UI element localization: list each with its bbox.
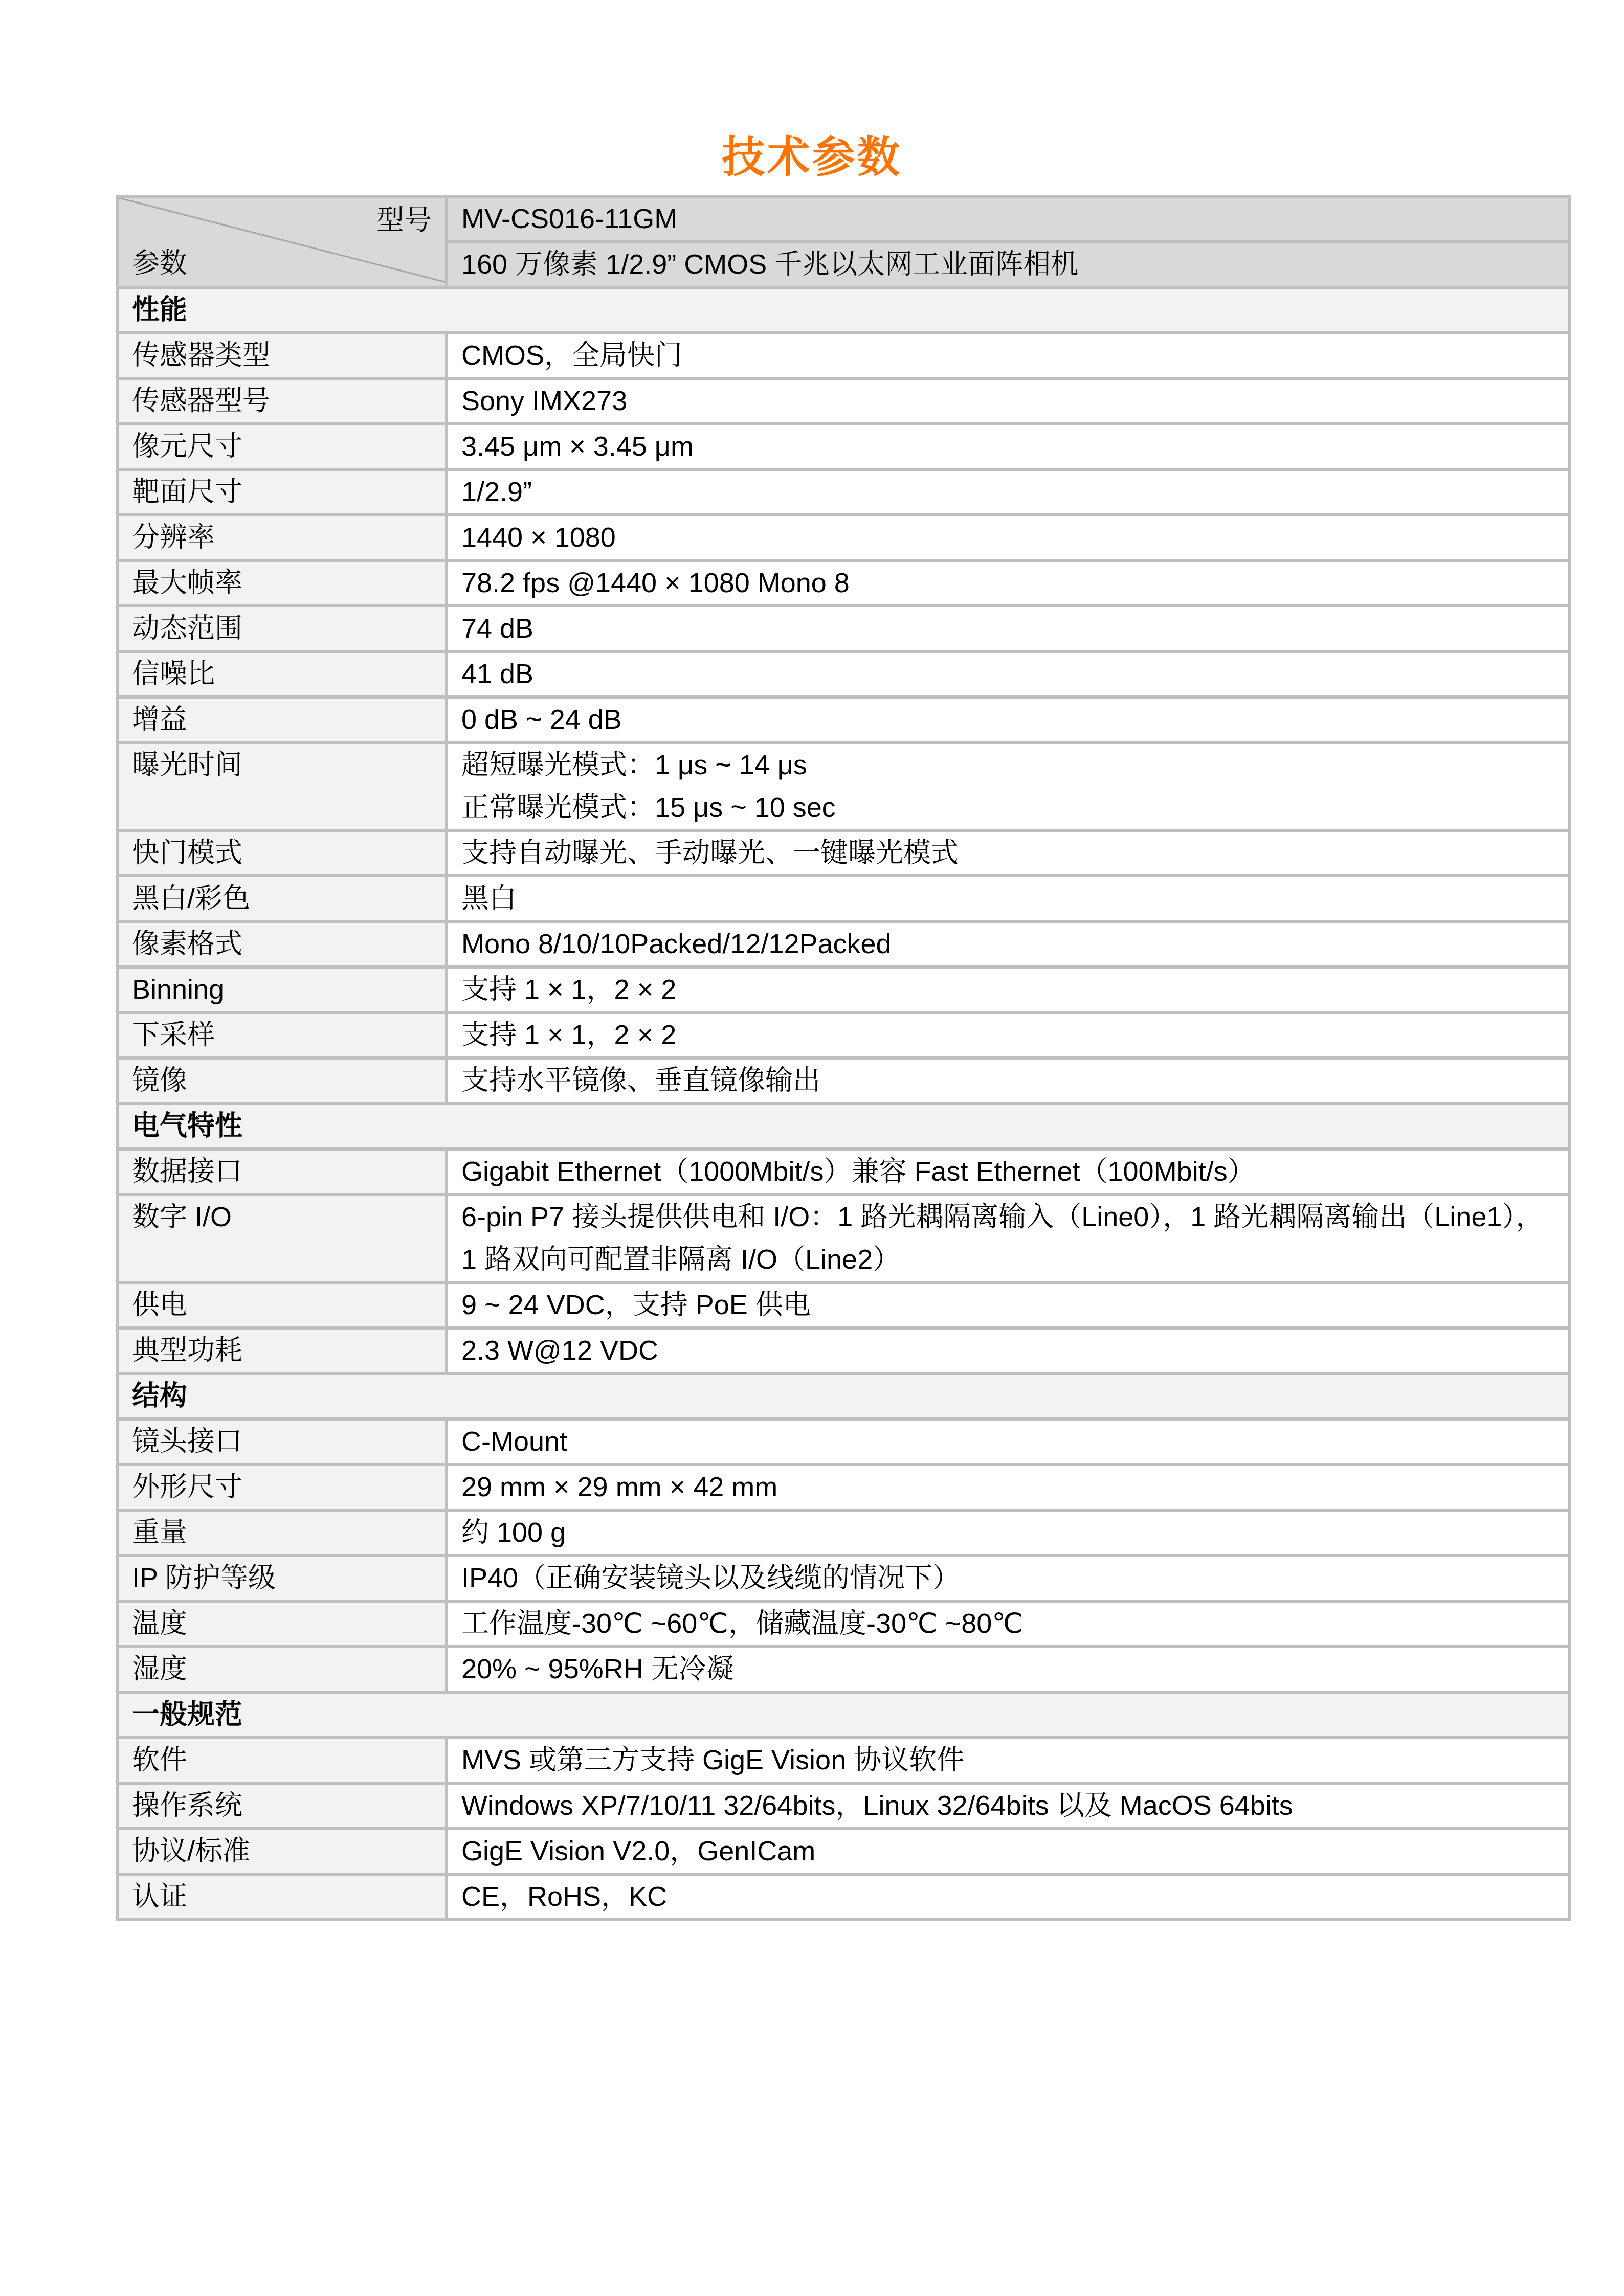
parameter-label: 像元尺寸 — [117, 424, 447, 469]
section-title: 电气特性 — [117, 1104, 1570, 1149]
table-row: 湿度20% ~ 95%RH 无冷凝 — [117, 1647, 1570, 1692]
parameter-value: C-Mount — [447, 1419, 1570, 1465]
table-row: 分辨率1440 × 1080 — [117, 515, 1570, 560]
parameter-header-label: 参数 — [132, 242, 187, 285]
value-line: 支持自动曝光、手动曝光、一键曝光模式 — [461, 832, 1555, 874]
value-line: 9 ~ 24 VDC，支持 PoE 供电 — [461, 1284, 1555, 1326]
parameter-label: 数字 I/O — [117, 1195, 447, 1282]
table-row: 供电9 ~ 24 VDC，支持 PoE 供电 — [117, 1282, 1570, 1328]
value-line: 0 dB ~ 24 dB — [461, 699, 1555, 741]
parameter-value: 3.45 μm × 3.45 μm — [447, 424, 1570, 469]
parameter-label: 操作系统 — [117, 1783, 447, 1829]
parameter-value: 9 ~ 24 VDC，支持 PoE 供电 — [447, 1282, 1570, 1328]
parameter-label: 软件 — [117, 1738, 447, 1783]
parameter-label: 分辨率 — [117, 515, 447, 560]
value-line: Gigabit Ethernet（1000Mbit/s）兼容 Fast Ethe… — [461, 1151, 1555, 1193]
parameter-value: GigE Vision V2.0，GenICam — [447, 1829, 1570, 1874]
parameter-value: 工作温度-30℃ ~60℃，储藏温度-30℃ ~80℃ — [447, 1601, 1570, 1647]
parameter-label: 快门模式 — [117, 830, 447, 876]
parameter-label: 增益 — [117, 697, 447, 742]
table-row: 镜像支持水平镜像、垂直镜像输出 — [117, 1058, 1570, 1104]
value-line: 正常曝光模式：15 μs ~ 10 sec — [461, 786, 1555, 829]
table-row: 最大帧率78.2 fps @1440 × 1080 Mono 8 — [117, 560, 1570, 606]
parameter-label: Binning — [117, 967, 447, 1012]
value-line: 1/2.9” — [461, 471, 1555, 513]
parameter-label: 信噪比 — [117, 651, 447, 697]
parameter-value: 黑白 — [447, 876, 1570, 921]
parameter-label: 温度 — [117, 1601, 447, 1647]
table-row: 重量约 100 g — [117, 1510, 1570, 1556]
parameter-label: 最大帧率 — [117, 560, 447, 606]
parameter-value: 78.2 fps @1440 × 1080 Mono 8 — [447, 560, 1570, 606]
parameter-value: 6-pin P7 接头提供供电和 I/O：1 路光耦隔离输入（Line0），1 … — [447, 1195, 1570, 1282]
parameter-value: Sony IMX273 — [447, 378, 1570, 424]
value-line: Windows XP/7/10/11 32/64bits，Linux 32/64… — [461, 1785, 1555, 1827]
value-line: IP40（正确安装镜头以及线缆的情况下） — [461, 1557, 1555, 1600]
parameter-value: 41 dB — [447, 651, 1570, 697]
value-line: 78.2 fps @1440 × 1080 Mono 8 — [461, 562, 1555, 604]
value-line: 74 dB — [461, 607, 1555, 650]
table-row: 传感器型号Sony IMX273 — [117, 378, 1570, 424]
value-line: 约 100 g — [461, 1512, 1555, 1554]
section-header: 结构 — [117, 1374, 1570, 1419]
parameter-value: 支持水平镜像、垂直镜像输出 — [447, 1058, 1570, 1104]
value-line: 工作温度-30℃ ~60℃，储藏温度-30℃ ~80℃ — [461, 1603, 1555, 1645]
parameter-value: CMOS，全局快门 — [447, 333, 1570, 378]
table-row: 操作系统Windows XP/7/10/11 32/64bits，Linux 3… — [117, 1783, 1570, 1829]
parameter-label: 外形尺寸 — [117, 1465, 447, 1510]
value-line: GigE Vision V2.0，GenICam — [461, 1830, 1555, 1873]
value-line: 41 dB — [461, 653, 1555, 695]
parameter-value: 支持自动曝光、手动曝光、一键曝光模式 — [447, 830, 1570, 876]
parameter-label: 曝光时间 — [117, 742, 447, 830]
parameter-label: 供电 — [117, 1282, 447, 1328]
table-row: 典型功耗2.3 W@12 VDC — [117, 1328, 1570, 1374]
parameter-value: 2.3 W@12 VDC — [447, 1328, 1570, 1374]
parameter-label: 下采样 — [117, 1012, 447, 1058]
spec-table: 型号 参数 MV-CS016-11GM 160 万像素 1/2.9” CMOS … — [116, 195, 1571, 1921]
value-line: 超短曝光模式：1 μs ~ 14 μs — [461, 744, 1555, 786]
parameter-label: 协议/标准 — [117, 1829, 447, 1874]
section-title: 一般规范 — [117, 1692, 1570, 1738]
parameter-label: 湿度 — [117, 1647, 447, 1692]
value-line: Mono 8/10/10Packed/12/12Packed — [461, 923, 1555, 965]
parameter-label: 靶面尺寸 — [117, 469, 447, 515]
section-title: 性能 — [117, 287, 1570, 333]
table-row: 数字 I/O6-pin P7 接头提供供电和 I/O：1 路光耦隔离输入（Lin… — [117, 1195, 1570, 1282]
parameter-label: IP 防护等级 — [117, 1556, 447, 1601]
parameter-label: 传感器类型 — [117, 333, 447, 378]
parameter-value: 约 100 g — [447, 1510, 1570, 1556]
parameter-label: 镜头接口 — [117, 1419, 447, 1465]
parameter-value: 1/2.9” — [447, 469, 1570, 515]
section-title: 结构 — [117, 1374, 1570, 1419]
table-row: 传感器类型CMOS，全局快门 — [117, 333, 1570, 378]
model-header-label: 型号 — [376, 199, 432, 242]
model-value: MV-CS016-11GM — [447, 196, 1570, 242]
table-row: 靶面尺寸1/2.9” — [117, 469, 1570, 515]
parameter-value: Mono 8/10/10Packed/12/12Packed — [447, 921, 1570, 967]
parameter-value: MVS 或第三方支持 GigE Vision 协议软件 — [447, 1738, 1570, 1783]
table-row: IP 防护等级IP40（正确安装镜头以及线缆的情况下） — [117, 1556, 1570, 1601]
table-row: 快门模式支持自动曝光、手动曝光、一键曝光模式 — [117, 830, 1570, 876]
value-line: CE，RoHS，KC — [461, 1876, 1555, 1918]
value-line: MVS 或第三方支持 GigE Vision 协议软件 — [461, 1739, 1555, 1782]
page-title: 技术参数 — [0, 123, 1624, 185]
section-header: 电气特性 — [117, 1104, 1570, 1149]
value-line: 2.3 W@12 VDC — [461, 1330, 1555, 1372]
table-row: 像素格式Mono 8/10/10Packed/12/12Packed — [117, 921, 1570, 967]
parameter-label: 数据接口 — [117, 1149, 447, 1195]
parameter-value: Windows XP/7/10/11 32/64bits，Linux 32/64… — [447, 1783, 1570, 1829]
table-row: 协议/标准GigE Vision V2.0，GenICam — [117, 1829, 1570, 1874]
table-row: 增益0 dB ~ 24 dB — [117, 697, 1570, 742]
parameter-label: 黑白/彩色 — [117, 876, 447, 921]
parameter-label: 传感器型号 — [117, 378, 447, 424]
parameter-value: 0 dB ~ 24 dB — [447, 697, 1570, 742]
parameter-value: CE，RoHS，KC — [447, 1874, 1570, 1920]
value-line: 支持水平镜像、垂直镜像输出 — [461, 1060, 1555, 1102]
parameter-value: 1440 × 1080 — [447, 515, 1570, 560]
header-row-model: 型号 参数 MV-CS016-11GM — [117, 196, 1570, 242]
parameter-label: 典型功耗 — [117, 1328, 447, 1374]
table-row: 认证CE，RoHS，KC — [117, 1874, 1570, 1920]
table-row: 温度工作温度-30℃ ~60℃，储藏温度-30℃ ~80℃ — [117, 1601, 1570, 1647]
table-row: 像元尺寸3.45 μm × 3.45 μm — [117, 424, 1570, 469]
table-row: 动态范围74 dB — [117, 606, 1570, 651]
table-row: 数据接口Gigabit Ethernet（1000Mbit/s）兼容 Fast … — [117, 1149, 1570, 1195]
parameter-value: IP40（正确安装镜头以及线缆的情况下） — [447, 1556, 1570, 1601]
parameter-label: 镜像 — [117, 1058, 447, 1104]
parameter-label: 像素格式 — [117, 921, 447, 967]
table-row: Binning支持 1 × 1，2 × 2 — [117, 967, 1570, 1012]
table-row: 下采样支持 1 × 1，2 × 2 — [117, 1012, 1570, 1058]
value-line: 1 路双向可配置非隔离 I/O（Line2） — [461, 1239, 1555, 1281]
table-row: 信噪比41 dB — [117, 651, 1570, 697]
section-header: 一般规范 — [117, 1692, 1570, 1738]
value-line: 支持 1 × 1，2 × 2 — [461, 969, 1555, 1011]
value-line: 黑白 — [461, 877, 1555, 920]
table-row: 曝光时间超短曝光模式：1 μs ~ 14 μs正常曝光模式：15 μs ~ 10… — [117, 742, 1570, 830]
parameter-label: 动态范围 — [117, 606, 447, 651]
value-line: 支持 1 × 1，2 × 2 — [461, 1014, 1555, 1056]
table-row: 镜头接口C-Mount — [117, 1419, 1570, 1465]
table-row: 外形尺寸29 mm × 29 mm × 42 mm — [117, 1465, 1570, 1510]
parameter-value: 支持 1 × 1，2 × 2 — [447, 967, 1570, 1012]
parameter-value: 20% ~ 95%RH 无冷凝 — [447, 1647, 1570, 1692]
value-line: 29 mm × 29 mm × 42 mm — [461, 1466, 1555, 1509]
value-line: 20% ~ 95%RH 无冷凝 — [461, 1648, 1555, 1691]
parameter-value: 支持 1 × 1，2 × 2 — [447, 1012, 1570, 1058]
value-line: C-Mount — [461, 1421, 1555, 1463]
value-line: 3.45 μm × 3.45 μm — [461, 425, 1555, 468]
value-line: 1440 × 1080 — [461, 516, 1555, 559]
diagonal-header-cell: 型号 参数 — [117, 196, 447, 287]
parameter-value: Gigabit Ethernet（1000Mbit/s）兼容 Fast Ethe… — [447, 1149, 1570, 1195]
table-row: 软件MVS 或第三方支持 GigE Vision 协议软件 — [117, 1738, 1570, 1783]
table-row: 黑白/彩色黑白 — [117, 876, 1570, 921]
value-line: 6-pin P7 接头提供供电和 I/O：1 路光耦隔离输入（Line0），1 … — [461, 1196, 1555, 1239]
section-header: 性能 — [117, 287, 1570, 333]
parameter-value: 29 mm × 29 mm × 42 mm — [447, 1465, 1570, 1510]
parameter-value: 74 dB — [447, 606, 1570, 651]
value-line: Sony IMX273 — [461, 380, 1555, 422]
parameter-value: 超短曝光模式：1 μs ~ 14 μs正常曝光模式：15 μs ~ 10 sec — [447, 742, 1570, 830]
model-description: 160 万像素 1/2.9” CMOS 千兆以太网工业面阵相机 — [447, 242, 1570, 287]
parameter-label: 认证 — [117, 1874, 447, 1920]
parameter-label: 重量 — [117, 1510, 447, 1556]
value-line: CMOS，全局快门 — [461, 334, 1555, 377]
